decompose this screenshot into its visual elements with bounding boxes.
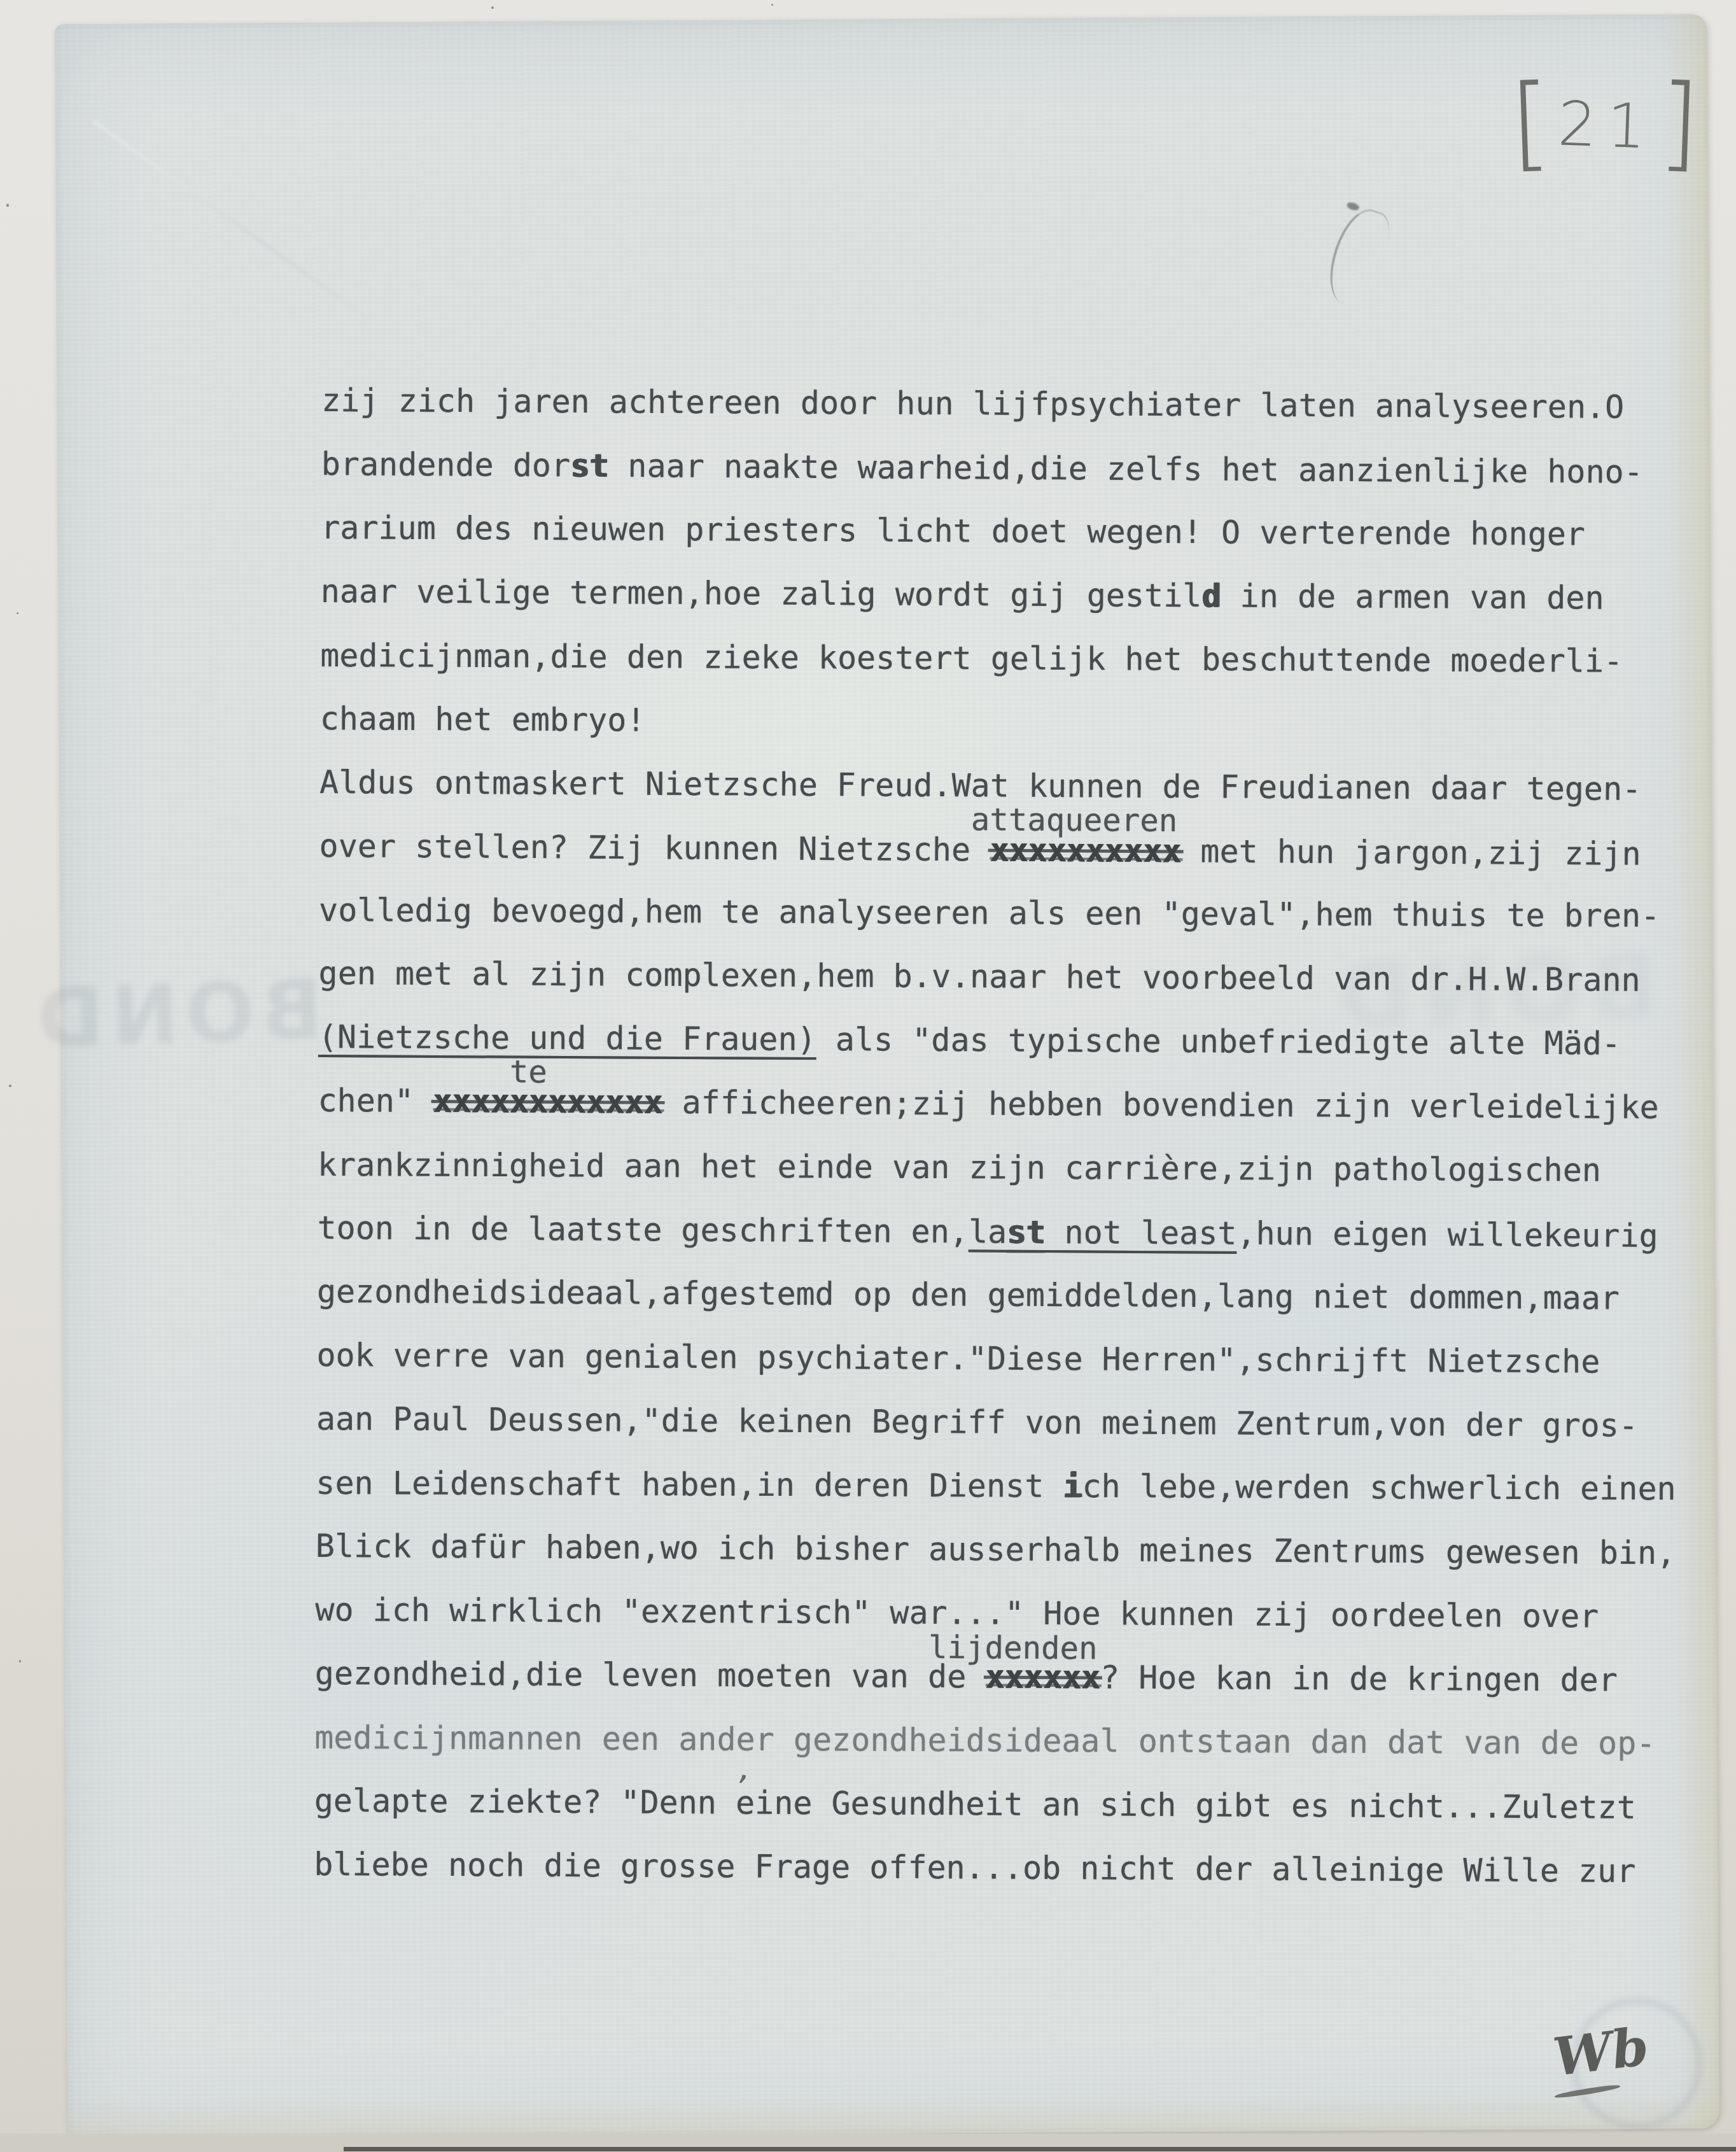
- typescript-line: bliebe noch die grosse Frage offen...ob …: [314, 1848, 1635, 1887]
- text-segment: ? Hoe kan in de kringen der: [1100, 1659, 1618, 1698]
- typewritten-text: zij zich jaren achtereen door hun lijfps…: [314, 0, 1736, 1955]
- typescript-line: gelapte ziekte? "Denn eine Gesundheit an…: [314, 1785, 1636, 1824]
- text-segment: over stellen? Zij kunnen Nietzsche: [319, 827, 990, 868]
- dust-speck: [9, 1085, 11, 1087]
- text-segment: toon in de laatste geschriften en,: [317, 1209, 969, 1250]
- text-segment: st: [570, 447, 609, 484]
- text-segment: als "das typische unbefriedigte alte Mäd…: [816, 1021, 1621, 1062]
- scanned-document: BOND BOND [ 21 ] zij zich jaren achteree…: [0, 0, 1736, 2152]
- dust-speck: [17, 612, 18, 614]
- text-segment: aan Paul Deussen,"die keinen Begriff von…: [316, 1400, 1638, 1444]
- text-segment: ch lebe,werden schwerlich einen: [1082, 1468, 1676, 1507]
- dust-speck: [6, 204, 9, 207]
- text-segment: st: [1007, 1214, 1046, 1251]
- typescript-line: zij zich jaren achtereen door hun lijfps…: [321, 384, 1624, 423]
- text-segment: naar naakte waarheid,die zelfs het aanzi…: [608, 447, 1643, 491]
- typescript-line: brandende dorst naar naakte waarheid,die…: [321, 448, 1643, 488]
- typescript-line: krankzinnigheid aan het einde van zijn c…: [318, 1149, 1601, 1186]
- typescript-line: ook verre van genialen psychiater."Diese…: [316, 1339, 1600, 1378]
- dust-speck: [19, 1660, 21, 1663]
- typescript-line: chen" xxxxxxxxxxxx afficheeren;zij hebbe…: [318, 1085, 1658, 1123]
- text-segment: brandende dor: [321, 446, 571, 484]
- typescript-line: Aldus ontmaskert Nietzsche Freud.Wat kun…: [319, 766, 1641, 805]
- text-segment: naar veilige termen,hoe zalig wordt gij …: [321, 573, 1202, 614]
- typescript-line: wo ich wirklich "exzentrisch" war..." Ho…: [315, 1594, 1599, 1633]
- text-segment: sen Leidenschaft haben,in deren Dienst: [316, 1465, 1063, 1505]
- text-segment: met hun jargon,zij zijn: [1181, 833, 1641, 872]
- handwritten-initials: Wb: [1550, 2016, 1653, 2097]
- bleedthrough-stamp: BOND: [29, 962, 325, 1067]
- text-segment: not least: [1045, 1214, 1236, 1252]
- text-segment: chen": [318, 1082, 433, 1120]
- text-segment: Blick dafür haben,wo ich bisher ausserha…: [316, 1528, 1676, 1572]
- typescript-line: chaam het embryo!: [320, 703, 646, 736]
- typescript-line: rarium des nieuwen priesters licht doet …: [321, 512, 1585, 550]
- text-segment: (Nietzsche und die Frauen): [318, 1018, 816, 1058]
- dust-speck: [771, 4, 773, 6]
- text-segment: in de armen van den: [1221, 577, 1604, 616]
- typescript-line: volledig bevoegd,hem te analyseeren als …: [319, 894, 1660, 932]
- typescript-line: gezondheid,die leven moeten van de xxxxx…: [315, 1657, 1618, 1696]
- typescript-line: aan Paul Deussen,"die keinen Begriff von…: [316, 1403, 1638, 1442]
- typescript-line: gen met al zijn complexen,hem b.v.naar h…: [319, 957, 1641, 996]
- text-segment: d: [1201, 577, 1221, 614]
- text-segment: krankzinnigheid aan het einde van zijn c…: [318, 1146, 1601, 1189]
- typed-strikeout: xxxxxxxxxxxx: [433, 1085, 662, 1118]
- text-segment: bliebe noch die grosse Frage offen...ob …: [314, 1846, 1635, 1890]
- typescript-line: naar veilige termen,hoe zalig wordt gij …: [321, 575, 1604, 614]
- text-segment: zij zich jaren achtereen door hun lijfps…: [321, 382, 1624, 426]
- typescript-line: Blick dafür haben,wo ich bisher ausserha…: [316, 1530, 1676, 1569]
- text-segment: volledig bevoegd,hem te analyseeren als …: [319, 892, 1660, 934]
- text-segment: gen met al zijn complexen,hem b.v.naar h…: [318, 955, 1640, 999]
- typescript-line: sen Leidenschaft haben,in deren Dienst i…: [316, 1467, 1676, 1505]
- text-segment: wo ich wirklich "exzentrisch" war..." Ho…: [315, 1591, 1599, 1635]
- typescript-line: over stellen? Zij kunnen Nietzsche xxxxx…: [319, 830, 1641, 870]
- text-segment: gezondheidsideaal,afgestemd op den gemid…: [317, 1273, 1620, 1317]
- text-segment: medicijnman,die den zieke koestert gelij…: [320, 637, 1623, 680]
- text-segment: medicijnmannen een ander gezondheidsidea…: [314, 1719, 1655, 1762]
- text-segment: gezondheid,die leven moeten van de: [315, 1655, 986, 1696]
- dust-speck: [491, 6, 494, 9]
- typescript-line: medicijnman,die den zieke koestert gelij…: [320, 640, 1623, 677]
- text-segment: afficheeren;zij hebben bovendien zijn ve…: [662, 1084, 1659, 1126]
- text-segment: chaam het embryo!: [320, 700, 646, 739]
- typed-strikeout: xxxxxx: [985, 1661, 1100, 1694]
- text-segment: gelapte ziekte? "Denn eine Gesundheit an…: [314, 1782, 1636, 1826]
- typescript-line: gezondheidsideaal,afgestemd op den gemid…: [317, 1276, 1620, 1314]
- scan-bottom-edge: [0, 2134, 1736, 2152]
- paper-bottom-tint: [67, 2093, 1719, 2139]
- typescript-line: toon in de laatste geschriften en,last n…: [317, 1212, 1658, 1252]
- text-segment: ,hun eigen willekeurig: [1236, 1215, 1658, 1255]
- text-segment: ook verre van genialen psychiater."Diese…: [316, 1337, 1600, 1381]
- text-segment: la: [969, 1213, 1007, 1250]
- text-segment: rarium des nieuwen priesters licht doet …: [321, 509, 1585, 552]
- typescript-line: medicijnmannen een ander gezondheidsidea…: [314, 1722, 1655, 1759]
- typed-strikeout: xxxxxxxxxx: [990, 834, 1181, 868]
- text-segment: i: [1063, 1468, 1082, 1505]
